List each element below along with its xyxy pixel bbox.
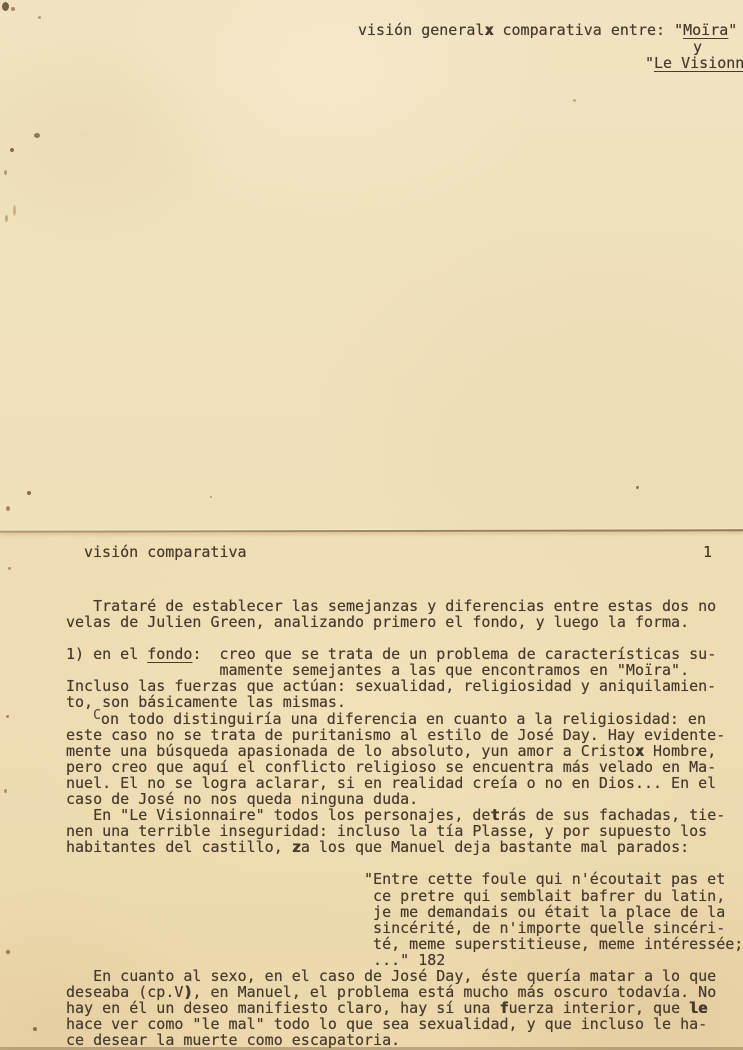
- text-segment: visión general: [358, 21, 484, 39]
- text-line: "Le Visionnai: [645, 55, 743, 72]
- paper-speck: [573, 99, 576, 102]
- text-line: caso de José no nos queda ninguna duda.: [66, 791, 743, 807]
- paper-speck: [6, 950, 10, 954]
- running-head: visión comparativa: [84, 543, 247, 561]
- text-line: ..." 182: [66, 952, 743, 968]
- text-line: Trataré de establecer las semejanzas y d…: [66, 598, 743, 614]
- text-line: deseaba (cp.V), en Manuel, el problema e…: [66, 984, 743, 1000]
- paper-speck: [2, 2, 9, 11]
- paper-speck: [38, 16, 41, 19]
- upper-page: [0, 0, 743, 531]
- text-segment: comparativa entre: ": [493, 21, 683, 39]
- typed-header: visión generalx comparativa entre: "Moïr…: [358, 22, 743, 72]
- blank-line: [66, 855, 743, 871]
- text-line: 1) en el fondo: creo que se trata de un …: [66, 646, 743, 662]
- text-line: nen una terrible inseguridad: incluso la…: [66, 823, 743, 839]
- text-line: ce desear la muerte como escapatoria.: [66, 1032, 743, 1048]
- text-line: to, son básicamente las mismas.: [66, 694, 743, 710]
- text-line: mamente semejantes a las que encontramos…: [66, 662, 743, 678]
- paper-speck: [27, 491, 31, 495]
- underlined-text: Le Visionnai: [654, 54, 743, 72]
- paper-speck: [210, 496, 212, 498]
- text-segment: ce desear la muerte como escapatoria.: [66, 1031, 400, 1049]
- text-line: mente una búsqueda apasionada de lo abso…: [66, 743, 743, 759]
- paper-speck: [5, 215, 8, 222]
- paper-speck: [13, 205, 16, 216]
- paper-speck: [11, 7, 15, 11]
- paper-speck: [4, 789, 7, 793]
- text-segment: y: [693, 38, 702, 56]
- paper-speck: [6, 506, 10, 511]
- text-line: sincérité, de n'importe quelle sincéri-: [66, 920, 743, 936]
- text-line: y: [693, 39, 743, 56]
- text-segment: habitantes del castillo,: [66, 838, 292, 856]
- text-line: visión generalx comparativa entre: "Moïr…: [358, 22, 743, 39]
- paper-speck: [34, 133, 40, 138]
- paper-speck: [33, 1027, 37, 1031]
- paper-speck: [6, 715, 9, 718]
- text-line: nuel. El no se logra aclarar, si en real…: [66, 775, 743, 791]
- text-line: "Entre cette foule qui n'écoutait pas et: [66, 871, 743, 887]
- paper-speck: [636, 486, 639, 489]
- paper-speck: [8, 567, 11, 570]
- body-text: Trataré de establecer las semejanzas y d…: [66, 598, 743, 1048]
- text-segment: a los que Manuel deja bastante mal parad…: [301, 838, 689, 856]
- paper-speck: [4, 170, 7, 175]
- text-segment: velas de Julien Green, analizando primer…: [66, 613, 689, 631]
- text-line: pero creo que aquí el conflicto religios…: [66, 759, 743, 775]
- text-line: hay en él un deseo manifiesto claro, hay…: [66, 1000, 743, 1016]
- text-segment: ": [645, 54, 654, 72]
- text-line: hace ver como "le mal" todo lo que sea s…: [66, 1016, 743, 1032]
- text-line: habitantes del castillo, za los que Manu…: [66, 839, 743, 855]
- text-line: este caso no se trata de puritanismo al …: [66, 727, 743, 743]
- scanned-document: visión generalx comparativa entre: "Moïr…: [0, 0, 743, 1050]
- text-line: ce pretre qui semblait bafrer du latin,: [66, 888, 743, 904]
- paper-speck: [10, 148, 14, 152]
- text-line: En cuanto al sexo, en el caso de José Da…: [66, 968, 743, 984]
- page-number: 1: [703, 543, 712, 561]
- underlined-text: Moïra: [683, 21, 728, 39]
- overstruck-text: z: [292, 838, 301, 856]
- text-line: velas de Julien Green, analizando primer…: [66, 614, 743, 630]
- text-line: je me demandais ou était la place de la: [66, 904, 743, 920]
- text-segment: C: [93, 708, 101, 723]
- blank-line: [66, 630, 743, 646]
- text-line: En "Le Visionnaire" todos los personajes…: [66, 807, 743, 823]
- text-line: Con todo distinguiría una diferencia en …: [66, 711, 743, 727]
- text-line: Incluso las fuerzas que actúan: sexualid…: [66, 678, 743, 694]
- text-line: té, meme superstitieuse, meme intéressée…: [66, 936, 743, 952]
- text-segment: ": [728, 21, 737, 39]
